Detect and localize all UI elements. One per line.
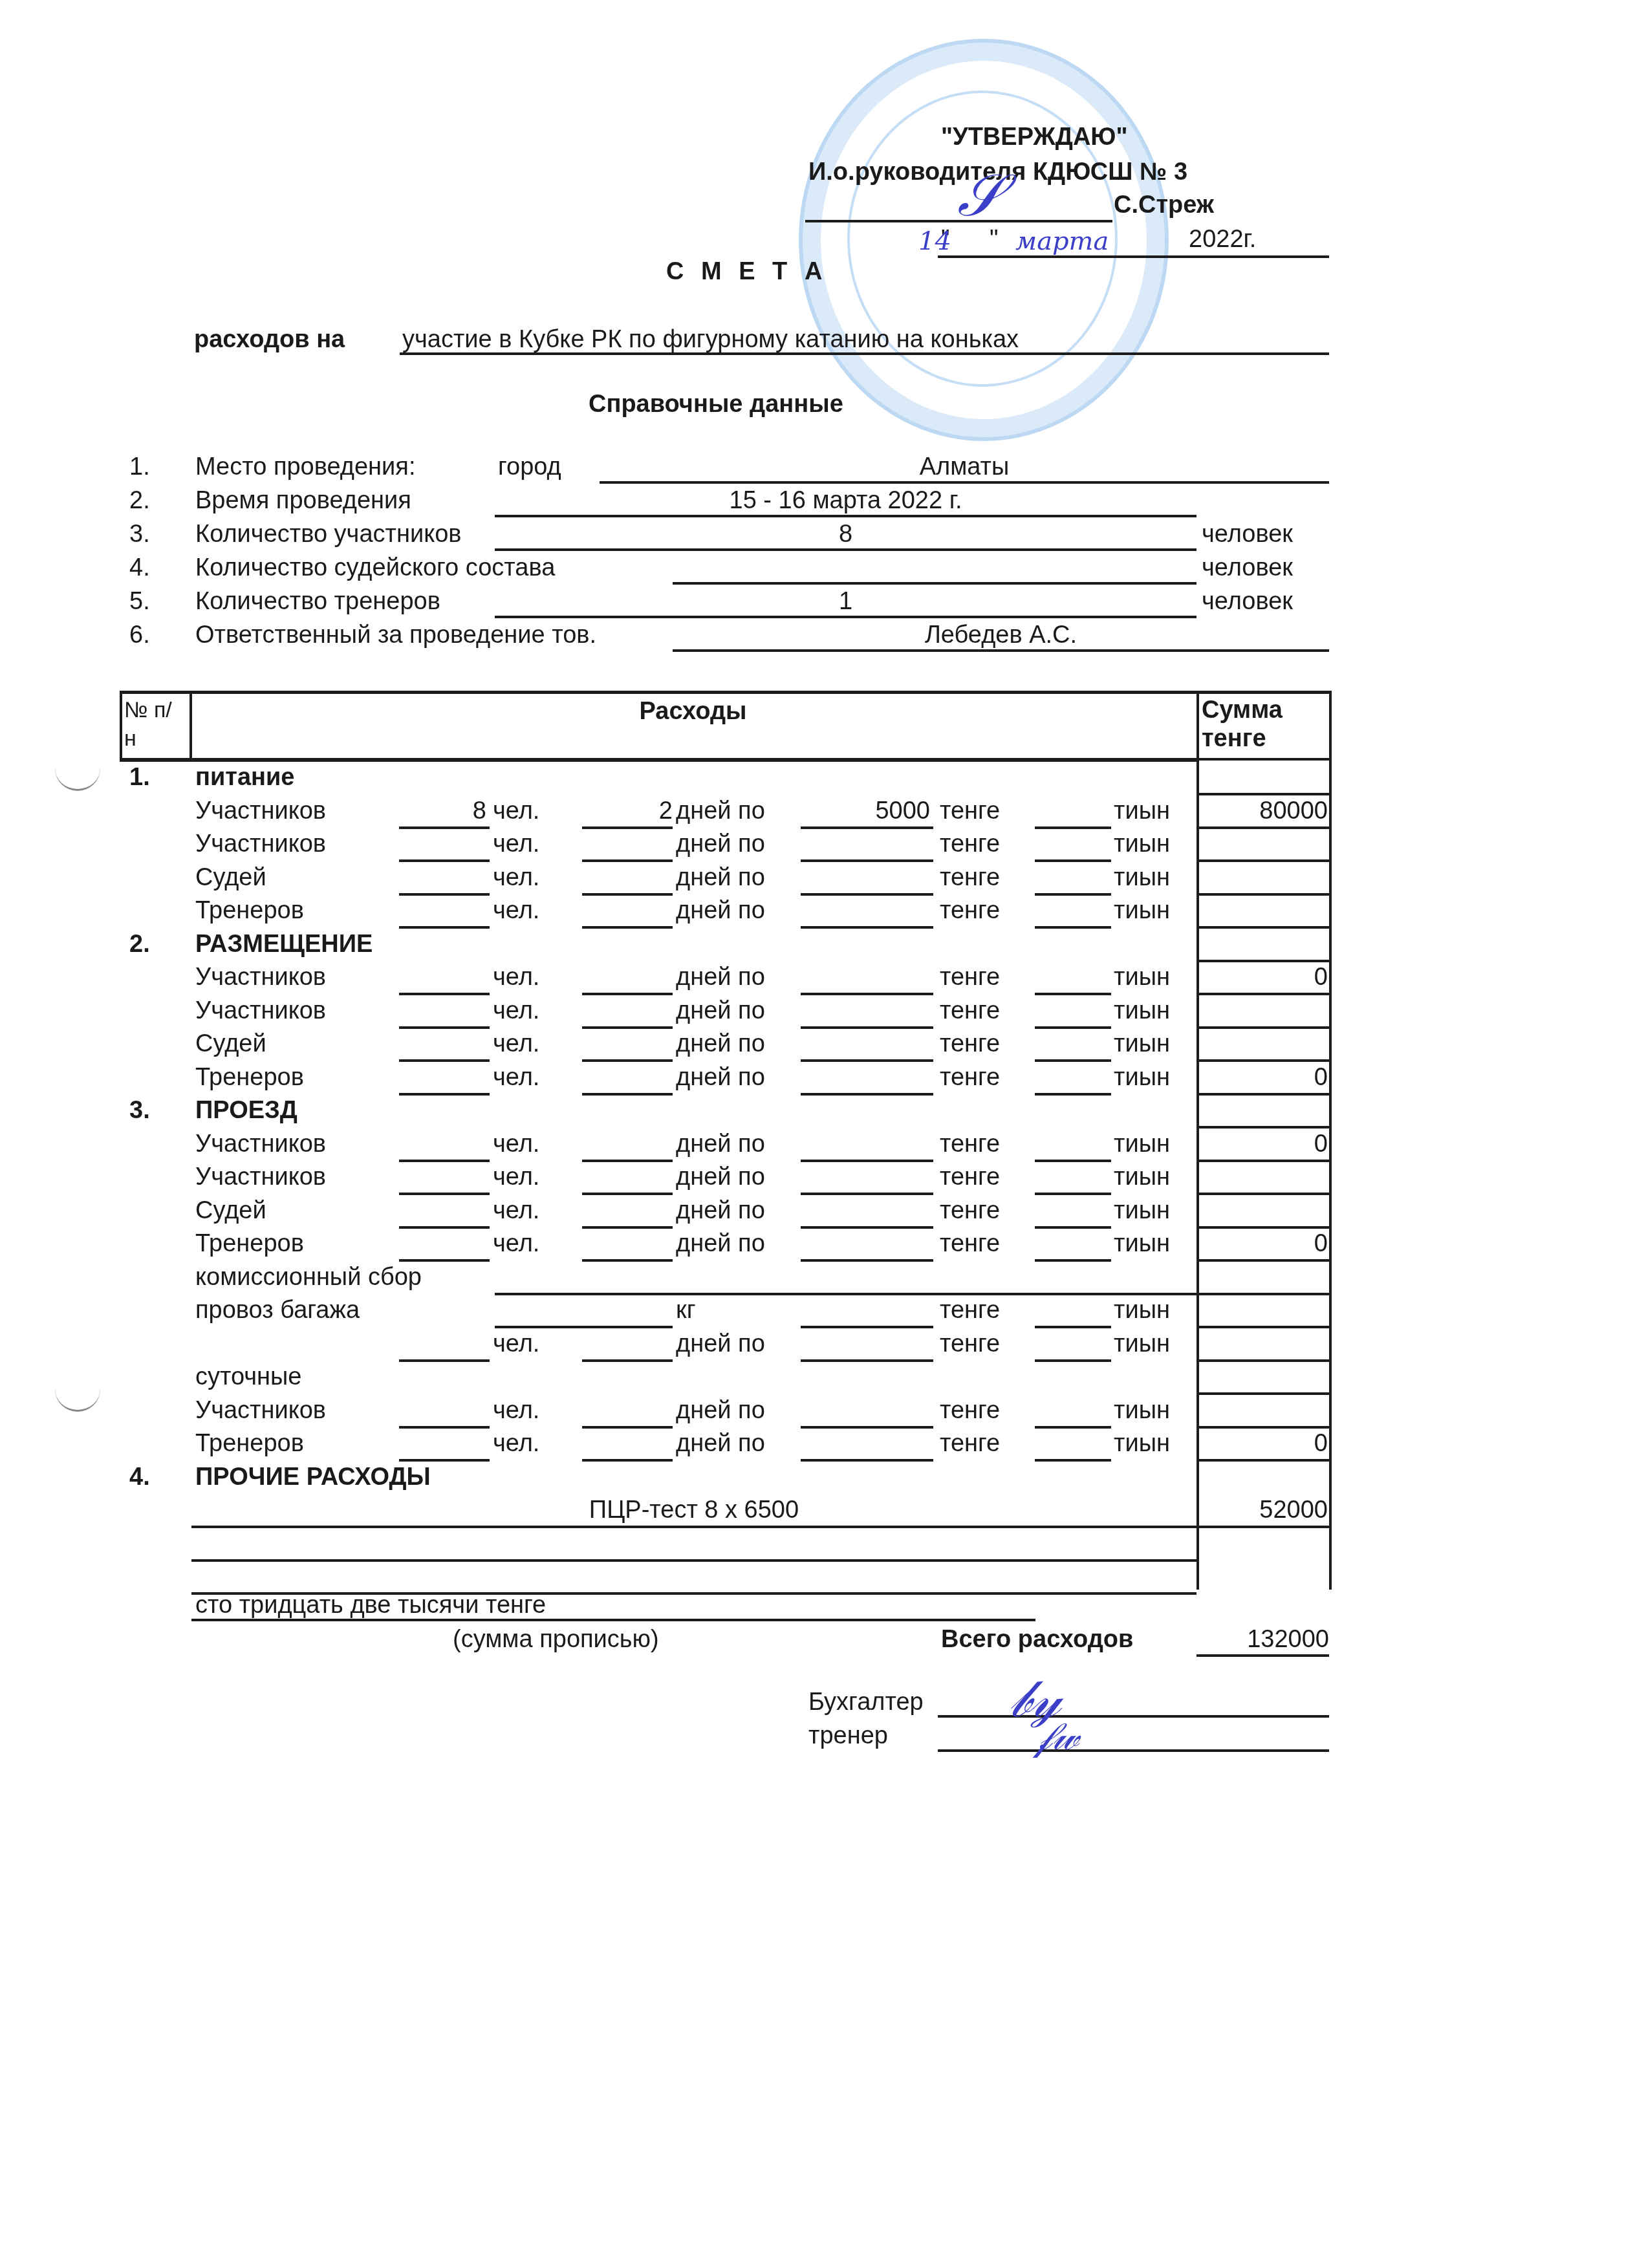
header-expenses: Расходы — [189, 697, 1196, 726]
tiyn-unit: тиын — [1114, 1130, 1170, 1158]
tenge-field-line — [801, 1026, 933, 1029]
tiyn-unit: тиын — [1114, 797, 1170, 825]
sum-cell-line — [1196, 926, 1332, 929]
tenge-field-line — [801, 1426, 933, 1429]
people-field-line — [399, 1026, 490, 1029]
days-unit: дней по — [676, 797, 765, 825]
sum-cell-line — [1196, 1459, 1332, 1462]
tiyn-field-line — [1035, 1426, 1111, 1429]
reference-num: 6. — [129, 621, 150, 649]
days-field-line — [582, 1359, 673, 1362]
reference-label: Количество тренеров — [195, 587, 440, 616]
tenge-field-line — [801, 993, 933, 995]
tiyn-field-line — [1035, 1093, 1111, 1096]
sum-cell-line — [1196, 1259, 1332, 1262]
tiyn-unit: тиын — [1114, 1063, 1170, 1092]
row-label: Участников — [195, 963, 326, 991]
subtitle-label: расходов на — [194, 325, 345, 354]
per-diem-label: суточные — [195, 1363, 302, 1391]
people-field-line — [399, 1193, 490, 1195]
sum-cell-line — [1196, 859, 1332, 862]
row-sum: 0 — [1196, 1063, 1328, 1092]
days-unit: дней по — [676, 1396, 765, 1425]
days-field-line — [582, 1093, 673, 1096]
reference-underline — [495, 548, 1196, 551]
tenge-field-line — [801, 1160, 933, 1162]
days-unit: дней по — [676, 1229, 765, 1258]
days-unit: дней по — [676, 1196, 765, 1225]
tiyn-field-line — [1035, 926, 1111, 929]
people-field-line — [399, 1226, 490, 1229]
row-label: Судей — [195, 1196, 266, 1225]
row-sum: 80000 — [1196, 797, 1328, 825]
tenge-field-line — [801, 1059, 933, 1062]
row-label: Судей — [195, 863, 266, 892]
header-sum: Сумма тенге — [1202, 696, 1325, 753]
sum-cell-line — [1196, 1392, 1332, 1395]
tiyn-unit: тиын — [1114, 1429, 1170, 1458]
tenge-field-line — [801, 1093, 933, 1096]
tenge-unit: тенге — [940, 863, 1000, 892]
tiyn-field-line — [1035, 1059, 1111, 1062]
sum-cell-line — [1196, 826, 1332, 829]
tenge-unit: тенге — [940, 963, 1000, 991]
people-unit: чел. — [493, 1163, 539, 1191]
people-field-line — [399, 893, 490, 896]
reference-num: 1. — [129, 453, 150, 481]
sum-in-words-line — [191, 1619, 1035, 1621]
tiyn-unit: тиын — [1114, 997, 1170, 1025]
row-sum: 0 — [1196, 963, 1328, 991]
total-underline — [1196, 1654, 1329, 1657]
tiyn-field-line — [1035, 859, 1111, 862]
people-unit: чел. — [493, 863, 539, 892]
row-label: Тренеров — [195, 1063, 304, 1092]
tiyn-field-line — [1035, 1459, 1111, 1462]
people-field: 8 — [399, 797, 486, 825]
sum-cell-line — [1196, 1326, 1332, 1328]
tiyn-field-line — [1035, 893, 1111, 896]
other-item: ПЦР-тест 8 x 6500 — [191, 1496, 1196, 1524]
table-header-bottom-border — [120, 758, 1196, 762]
people-field-line — [399, 1093, 490, 1096]
tenge-unit: тенге — [940, 896, 1000, 925]
sum-cell-line — [1196, 1359, 1332, 1362]
tiyn-unit: тиын — [1114, 1163, 1170, 1191]
people-unit: чел. — [493, 1130, 539, 1158]
reference-label: Ответственный за проведение тов. — [195, 621, 596, 649]
reference-underline — [495, 515, 1196, 517]
days-unit: дней по — [676, 863, 765, 892]
subtitle-value: участие в Кубке РК по фигурному катанию … — [402, 325, 1019, 354]
tenge-field-line — [801, 826, 933, 829]
reference-value: 8 — [495, 520, 1196, 548]
reference-extra: город — [498, 453, 561, 481]
days-unit: дней по — [676, 1063, 765, 1092]
people-unit: чел. — [493, 1030, 539, 1058]
accountant-label: Бухгалтер — [808, 1688, 924, 1716]
days-unit: дней по — [676, 1330, 765, 1358]
tenge-unit: тенге — [940, 1429, 1000, 1458]
days-unit: дней по — [676, 830, 765, 858]
people-unit: чел. — [493, 1063, 539, 1092]
people-unit: чел. — [493, 1396, 539, 1425]
section-num: 4. — [129, 1463, 150, 1491]
people-unit: чел. — [493, 1229, 539, 1258]
sum-cell-line — [1196, 1026, 1332, 1029]
days-unit: дней по — [676, 997, 765, 1025]
sum-cell-line — [1196, 993, 1332, 995]
reference-value: 1 — [495, 587, 1196, 616]
days-field-line — [582, 893, 673, 896]
row-label: Тренеров — [195, 1229, 304, 1258]
reference-num: 2. — [129, 486, 150, 515]
sum-cell-line — [1196, 1126, 1332, 1129]
director-signature: 𝒮 — [957, 162, 1002, 230]
days-unit: дней по — [676, 1163, 765, 1191]
baggage-label: провоз багажа — [195, 1296, 360, 1324]
row-label: Судей — [195, 1030, 266, 1058]
kg-field-line — [495, 1326, 673, 1328]
row-label: Участников — [195, 797, 326, 825]
row-label: Участников — [195, 1396, 326, 1425]
table-right-border — [1329, 691, 1332, 1590]
accountant-signature-line — [938, 1715, 1329, 1718]
sum-cell-line — [1196, 1160, 1332, 1162]
tenge-unit: тенге — [940, 1163, 1000, 1191]
people-unit: чел. — [493, 896, 539, 925]
reference-num: 4. — [129, 554, 150, 582]
approval-date-line — [938, 255, 1329, 258]
approval-date-month: марта — [1015, 226, 1109, 256]
approval-name: С.Стреж — [1114, 191, 1214, 219]
section-num: 3. — [129, 1096, 150, 1125]
sum-cell-line — [1196, 893, 1332, 896]
section-num: 2. — [129, 930, 150, 958]
total-label: Всего расходов — [941, 1625, 1133, 1654]
days-field-line — [582, 1459, 673, 1462]
tiyn-unit: тиын — [1114, 963, 1170, 991]
tenge-unit: тенге — [940, 997, 1000, 1025]
reference-underline — [495, 616, 1196, 618]
people-field-line — [399, 993, 490, 995]
tenge-field-line — [801, 1226, 933, 1229]
document-title: С М Е Т А — [666, 257, 827, 286]
tenge-field-line — [801, 1326, 933, 1328]
tenge-unit: тенге — [940, 830, 1000, 858]
tenge-unit: тенге — [940, 1296, 1000, 1324]
coach-signature: 𝒻𝓌 — [1035, 1714, 1079, 1759]
sum-cell-line — [1196, 1293, 1332, 1295]
tiyn-field-line — [1035, 826, 1111, 829]
reference-unit: человек — [1202, 554, 1293, 582]
tenge-field-line — [801, 1259, 933, 1262]
table-top-border — [120, 691, 1332, 694]
sum-cell-line — [1196, 793, 1332, 795]
tenge-unit: тенге — [940, 1330, 1000, 1358]
sum-cell-line — [1196, 960, 1332, 962]
tiyn-unit: тиын — [1114, 863, 1170, 892]
row-label: Участников — [195, 1163, 326, 1191]
tenge-field-line — [801, 926, 933, 929]
header-num: № п/н — [124, 696, 176, 753]
tenge-field-line — [801, 1359, 933, 1362]
tiyn-field-line — [1035, 1026, 1111, 1029]
people-unit: чел. — [493, 830, 539, 858]
days-field-line — [582, 993, 673, 995]
sum-cell-line — [1196, 1226, 1332, 1229]
other-sum: 52000 — [1196, 1496, 1328, 1524]
sum-in-words: сто тридцать две тысячи тенге — [195, 1591, 546, 1619]
tenge-field: 5000 — [801, 797, 930, 825]
row-sum: 0 — [1196, 1429, 1328, 1458]
sum-in-words-caption: (сумма прописью) — [453, 1625, 659, 1654]
table-header-bottom-border — [1196, 758, 1332, 761]
total-value: 132000 — [1196, 1625, 1329, 1654]
section-title: РАЗМЕЩЕНИЕ — [195, 930, 373, 958]
tiyn-field-line — [1035, 1160, 1111, 1162]
row-label: Тренеров — [195, 896, 304, 925]
reference-value: 15 - 16 марта 2022 г. — [495, 486, 1196, 515]
days-unit: дней по — [676, 896, 765, 925]
people-unit: чел. — [493, 1429, 539, 1458]
reference-underline — [673, 582, 1196, 585]
people-unit: чел. — [493, 963, 539, 991]
coach-label: тренер — [808, 1722, 888, 1750]
people-field-line — [399, 1259, 490, 1262]
days-field-line — [582, 1026, 673, 1029]
tiyn-field-line — [1035, 993, 1111, 995]
sum-cell-line — [1196, 1426, 1332, 1429]
tiyn-unit: тиын — [1114, 1229, 1170, 1258]
approval-date-day: 14 — [918, 226, 951, 256]
days-field-line — [582, 1193, 673, 1195]
section-title: ПРОЧИЕ РАСХОДЫ — [195, 1463, 431, 1491]
section-num: 1. — [129, 763, 150, 792]
coach-signature-line — [938, 1749, 1329, 1752]
row-label: Участников — [195, 830, 326, 858]
people-unit: чел. — [493, 997, 539, 1025]
people-field-line — [399, 1059, 490, 1062]
days-field-line — [582, 859, 673, 862]
kg-unit: кг — [676, 1296, 696, 1324]
tiyn-field-line — [1035, 1226, 1111, 1229]
row-label: Участников — [195, 1130, 326, 1158]
days-field-line — [582, 1426, 673, 1429]
days-field-line — [582, 826, 673, 829]
tenge-field-line — [801, 859, 933, 862]
reference-num: 5. — [129, 587, 150, 616]
days-field-line — [582, 1160, 673, 1162]
approval-date-year: 2022г. — [1189, 225, 1256, 254]
sum-cell-line — [1196, 1059, 1332, 1062]
reference-num: 3. — [129, 520, 150, 548]
tenge-field-line — [801, 893, 933, 896]
tiyn-field-line — [1035, 1259, 1111, 1262]
tiyn-unit: тиын — [1114, 896, 1170, 925]
reference-unit: человек — [1202, 520, 1293, 548]
days-unit: дней по — [676, 1030, 765, 1058]
reference-label: Количество судейского состава — [195, 554, 555, 582]
tenge-unit: тенге — [940, 1130, 1000, 1158]
section-title: питание — [195, 763, 295, 792]
approval-date-quote: " — [990, 225, 999, 254]
table-left-border — [120, 691, 122, 761]
tenge-unit: тенге — [940, 1196, 1000, 1225]
tiyn-unit: тиын — [1114, 830, 1170, 858]
tenge-field-line — [801, 1459, 933, 1462]
tiyn-field-line — [1035, 1326, 1111, 1328]
reference-label: Место проведения: — [195, 453, 415, 481]
tiyn-unit: тиын — [1114, 1196, 1170, 1225]
people-field-line — [399, 1359, 490, 1362]
tenge-unit: тенге — [940, 1229, 1000, 1258]
reference-label: Количество участников — [195, 520, 462, 548]
approval-title: "УТВЕРЖДАЮ" — [941, 123, 1128, 151]
tiyn-unit: тиын — [1114, 1296, 1170, 1324]
days-field: 2 — [582, 797, 673, 825]
tiyn-unit: тиын — [1114, 1030, 1170, 1058]
reference-underline — [600, 481, 1329, 484]
commission-line — [495, 1293, 1196, 1295]
sum-cell-line — [1196, 1193, 1332, 1195]
tenge-unit: тенге — [940, 1030, 1000, 1058]
people-field-line — [399, 826, 490, 829]
hole-punch-mark — [55, 763, 100, 791]
row-label: Тренеров — [195, 1429, 304, 1458]
other-blank-line — [191, 1559, 1196, 1562]
hole-punch-mark — [55, 1384, 100, 1412]
reference-value: Алматы — [600, 453, 1329, 481]
people-field-line — [399, 1459, 490, 1462]
row-label: Участников — [195, 997, 326, 1025]
tenge-field-line — [801, 1193, 933, 1195]
days-field-line — [582, 1226, 673, 1229]
section-title: ПРОЕЗД — [195, 1096, 298, 1125]
reference-unit: человек — [1202, 587, 1293, 616]
sum-cell-line — [1196, 1093, 1332, 1096]
reference-underline — [673, 649, 1329, 652]
tiyn-field-line — [1035, 1193, 1111, 1195]
other-item-line — [191, 1526, 1332, 1528]
subtitle-underline — [400, 352, 1329, 355]
tenge-unit: тенге — [940, 797, 1000, 825]
days-unit: дней по — [676, 963, 765, 991]
row-sum: 0 — [1196, 1229, 1328, 1258]
tiyn-unit: тиын — [1114, 1330, 1170, 1358]
tiyn-unit: тиын — [1114, 1396, 1170, 1425]
reference-value: Лебедев А.С. — [673, 621, 1329, 649]
days-field-line — [582, 1259, 673, 1262]
people-unit: чел. — [493, 797, 539, 825]
reference-label: Время проведения — [195, 486, 411, 515]
days-unit: дней по — [676, 1429, 765, 1458]
days-unit: дней по — [676, 1130, 765, 1158]
people-field-line — [399, 1160, 490, 1162]
people-field-line — [399, 859, 490, 862]
commission-label: комиссионный сбор — [195, 1263, 422, 1291]
tenge-unit: тенге — [940, 1063, 1000, 1092]
days-field-line — [582, 926, 673, 929]
tiyn-field-line — [1035, 1359, 1111, 1362]
tenge-unit: тенге — [940, 1396, 1000, 1425]
reference-heading: Справочные данные — [589, 390, 843, 418]
people-field-line — [399, 926, 490, 929]
row-sum: 0 — [1196, 1130, 1328, 1158]
people-field-line — [399, 1426, 490, 1429]
people-unit: чел. — [493, 1330, 539, 1358]
days-field-line — [582, 1059, 673, 1062]
people-unit: чел. — [493, 1196, 539, 1225]
